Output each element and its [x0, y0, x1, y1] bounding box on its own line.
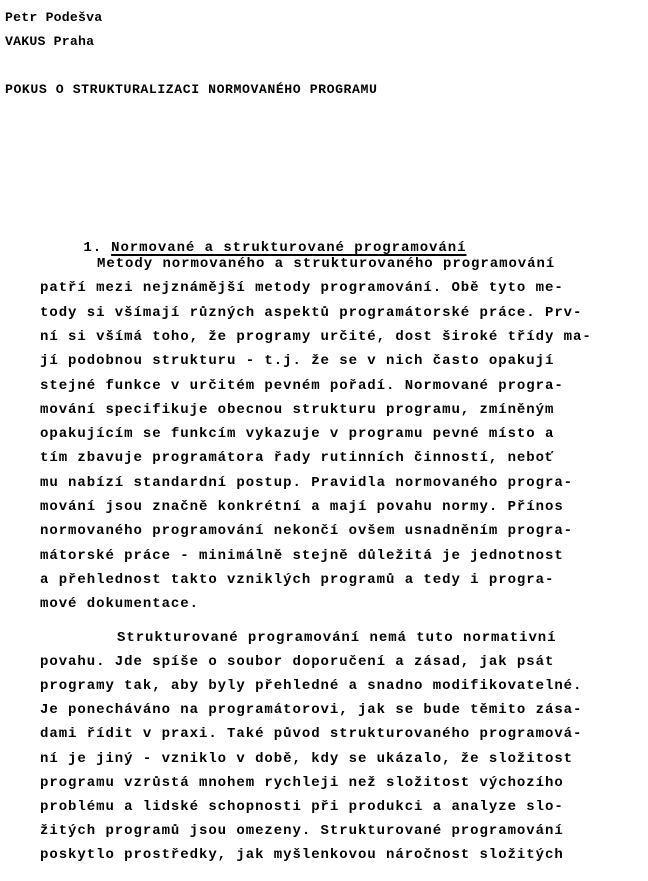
text-line: dami řídit v praxi. Také původ strukturo…	[40, 725, 582, 743]
text-line: ní je jiný - vzniklo v době, kdy se ukáz…	[40, 750, 573, 768]
text-line: stejné funkce v určitém pevném pořadí. N…	[40, 377, 564, 395]
text-line: Je ponecháváno na programátorovi, jak se…	[40, 701, 582, 719]
text-line: Strukturované programování nemá tuto nor…	[117, 629, 557, 647]
text-line: tody si všímají různých aspektů programá…	[40, 304, 582, 322]
text-line: Metody normovaného a strukturovaného pro…	[97, 255, 555, 273]
text-line: ní si všímá toho, že programy určité, do…	[40, 328, 592, 346]
text-line: mování jsou značně konkrétní a mají pova…	[40, 498, 564, 516]
text-line: poskytlo prostředky, jak myšlenkovou nár…	[40, 846, 564, 864]
text-line: opakujícím se funkcím vykazuje v program…	[40, 425, 554, 443]
text-line: normovaného programování nekončí ovšem u…	[40, 522, 573, 540]
text-line: povahu. Jde spíše o soubor doporučení a …	[40, 653, 554, 671]
text-line: mové dokumentace.	[40, 595, 199, 613]
document-title: POKUS O STRUKTURALIZACI NORMOVANÉHO PROG…	[5, 82, 377, 98]
text-line: mování specifikuje obecnou strukturu pro…	[40, 401, 554, 419]
organization-name: VAKUS Praha	[5, 34, 94, 50]
text-line: tím zbavuje programátora řady rutinních …	[40, 449, 554, 467]
text-line: a přehlednost takto vzniklých programů a…	[40, 571, 554, 589]
text-line: programy tak, aby byly přehledné a snadn…	[40, 677, 582, 695]
text-line: jí podobnou strukturu - t.j. že se v nic…	[40, 352, 554, 370]
text-line: mátorské práce - minimálně stejně důleži…	[40, 547, 564, 565]
section-number: 1.	[83, 240, 102, 256]
author-name: Petr Podešva	[5, 10, 102, 26]
text-line: mu nabízí standardní postup. Pravidla no…	[40, 474, 573, 492]
text-line: patří mezi nejznámější metody programová…	[40, 279, 564, 297]
document-page: Petr Podešva VAKUS Praha POKUS O STRUKTU…	[0, 0, 648, 881]
section-title: Normované a strukturované programování	[111, 240, 466, 256]
text-line: žitých programů jsou omezeny. Strukturov…	[40, 822, 564, 840]
text-line: problému a lidské schopnosti při produkc…	[40, 798, 564, 816]
text-line: programu vzrůstá mnohem rychleji než slo…	[40, 774, 564, 792]
